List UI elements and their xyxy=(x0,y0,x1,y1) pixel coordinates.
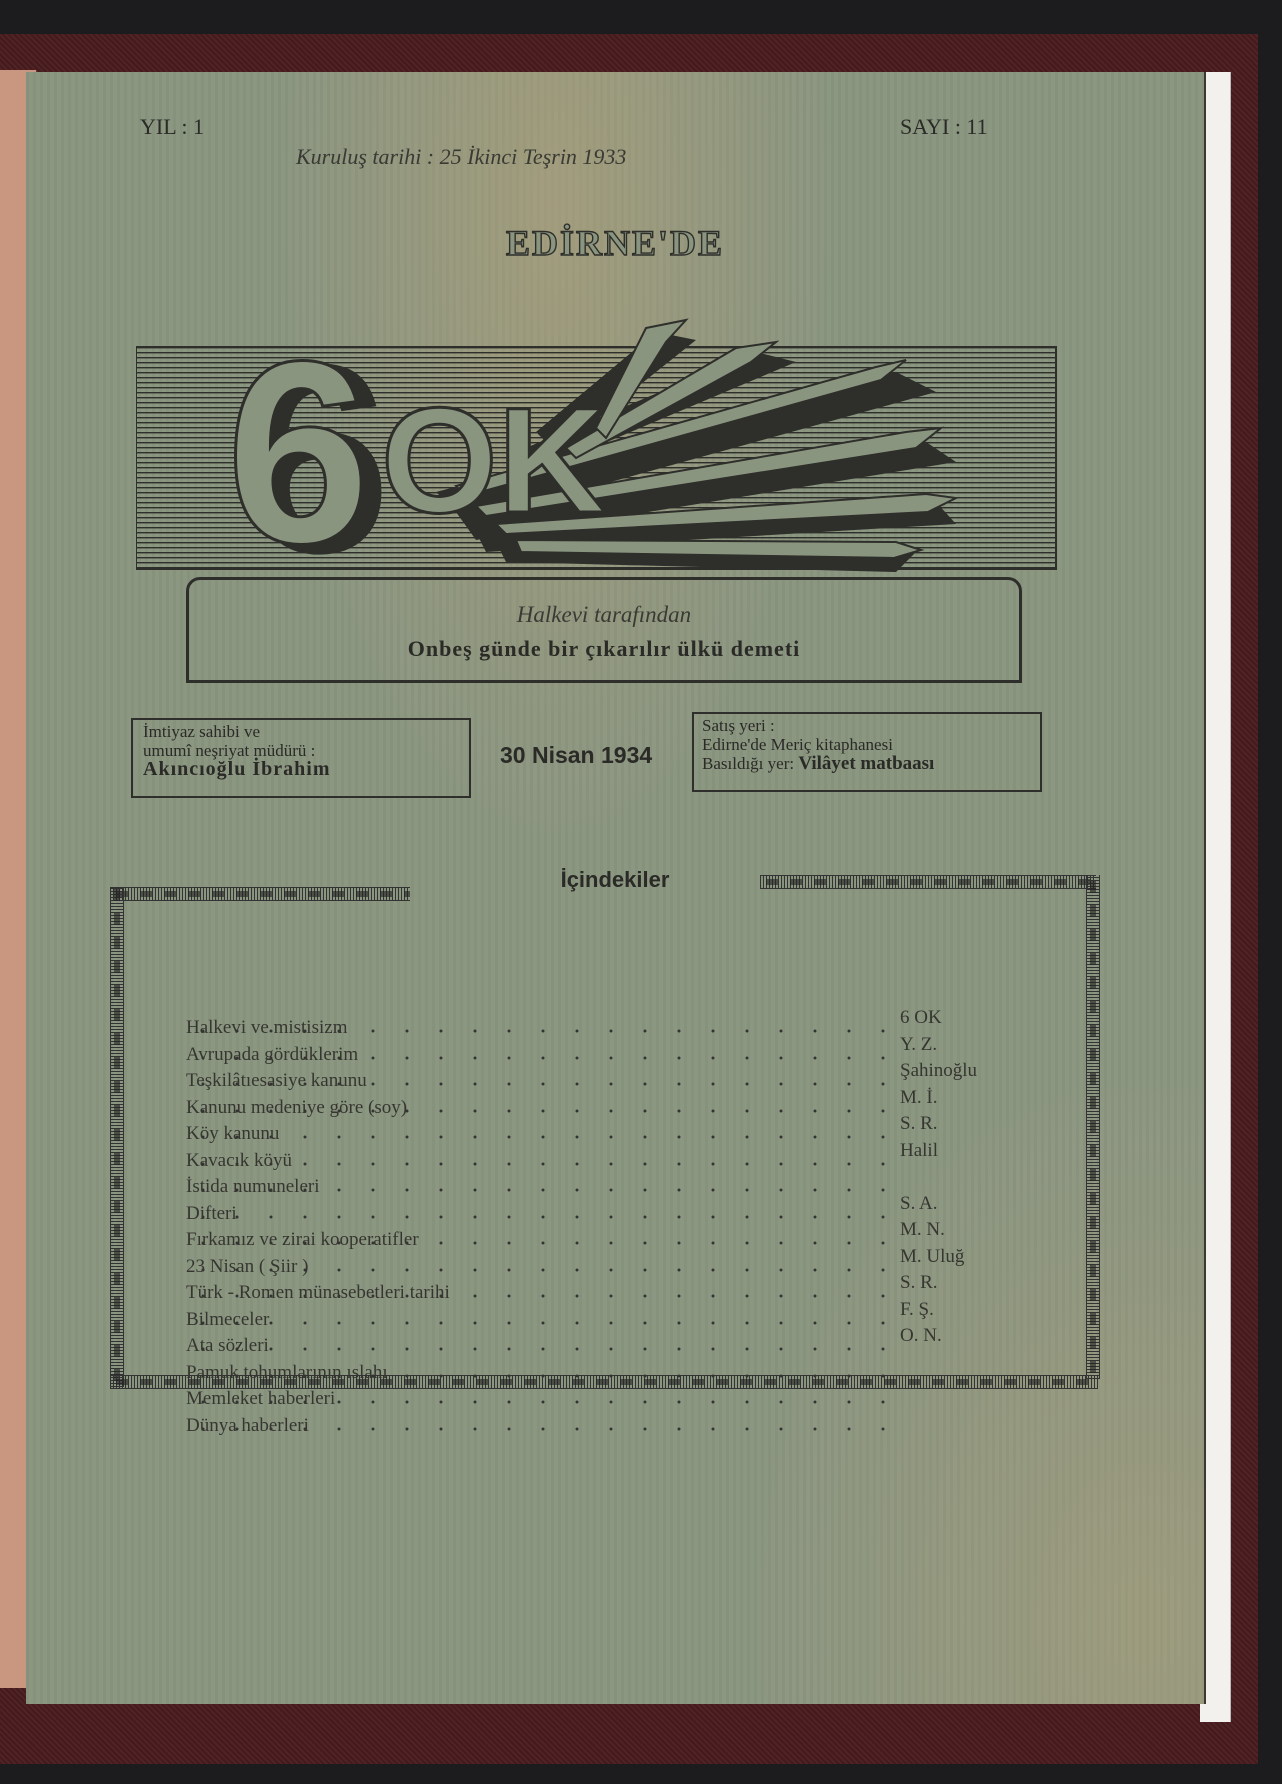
toc-items: Halkevi ve mistisizmAvrupada gördüklerim… xyxy=(186,1017,886,1441)
toc-item-title: Dünya haberleri xyxy=(186,1415,315,1436)
toc-author: S. R. xyxy=(900,1272,1040,1299)
toc-item-title: Halkevi ve mistisizm xyxy=(186,1017,353,1038)
toc-author: M. İ. xyxy=(900,1087,1040,1114)
title-number: 6 xyxy=(226,308,371,582)
sales-box: Satış yeri : Edirne'de Meriç kitaphanesi… xyxy=(692,712,1042,792)
toc-author: Y. Z. xyxy=(900,1034,1040,1061)
toc-author: Şahinoğlu xyxy=(900,1060,1040,1087)
leader-dots xyxy=(186,1215,886,1219)
toc-item-title: Bilmeceler xyxy=(186,1309,275,1330)
tagline-box: Halkevi tarafından Onbeş günde bir çıkar… xyxy=(186,577,1022,683)
toc-item-title: Avrupada gördüklerim xyxy=(186,1044,364,1065)
toc-author: S. A. xyxy=(900,1193,1040,1220)
toc-item: Difteri xyxy=(186,1203,886,1230)
magazine-cover: YIL : 1 SAYI : 11 Kuruluş tarihi : 25 İk… xyxy=(26,72,1206,1704)
ornamental-border-top-left xyxy=(110,887,410,901)
toc-item: Avrupada gördüklerim xyxy=(186,1044,886,1071)
leader-dots xyxy=(186,1347,886,1351)
toc-item-title: Pamuk tohumlarının ıslahı xyxy=(186,1362,394,1383)
year-label: YIL : 1 xyxy=(140,114,204,140)
founded-date: Kuruluş tarihi : 25 İkinci Teşrin 1933 xyxy=(296,144,626,170)
toc-item: Fırkamız ve zirai kooperatifler xyxy=(186,1229,886,1256)
toc-authors: 6 OKY. Z.ŞahinoğluM. İ.S. R.HalilS. A.M.… xyxy=(900,1007,1040,1352)
toc-author xyxy=(900,1166,1040,1193)
toc-item-title: İstida numuneleri xyxy=(186,1176,326,1197)
owner-box: İmtiyaz sahibi ve umumî neşriyat müdürü … xyxy=(131,718,471,798)
toc-item: Bilmeceler xyxy=(186,1309,886,1336)
toc-item: Ata sözleri xyxy=(186,1335,886,1362)
toc-item-title: Memleket haberleri xyxy=(186,1388,341,1409)
toc-item: Türk - Romen münasebetleri tarihi xyxy=(186,1282,886,1309)
owner-name: Akıncıoğlu İbrahim xyxy=(143,760,459,779)
toc-author: 6 OK xyxy=(900,1007,1040,1034)
issue-label: SAYI : 11 xyxy=(900,114,988,140)
toc-item-title: Türk - Romen münasebetleri tarihi xyxy=(186,1282,456,1303)
toc-item: Kavacık köyü xyxy=(186,1150,886,1177)
table-of-contents: Halkevi ve mistisizmAvrupada gördüklerim… xyxy=(110,887,1096,1387)
sales-label: Satış yeri : xyxy=(702,716,1032,735)
issue-date: 30 Nisan 1934 xyxy=(500,742,652,769)
printer-line: Basıldığı yer: Vilâyet matbaası xyxy=(702,754,1032,773)
toc-item-title: Kanunu medeniye göre (soy) xyxy=(186,1097,413,1118)
printer-label: Basıldığı yer: xyxy=(702,754,794,773)
toc-item: Dünya haberleri xyxy=(186,1415,886,1442)
toc-item: Pamuk tohumlarının ıslahı xyxy=(186,1362,886,1389)
toc-item: Memleket haberleri xyxy=(186,1388,886,1415)
toc-item: İstida numuneleri xyxy=(186,1176,886,1203)
toc-author: S. R. xyxy=(900,1113,1040,1140)
owner-label-1: İmtiyaz sahibi ve xyxy=(143,722,459,741)
title-word: OK xyxy=(381,376,606,544)
tagline-frequency: Onbeş günde bir çıkarılır ülkü demeti xyxy=(189,636,1019,662)
toc-item-title: Teşkilâtıesasiye kanunu xyxy=(186,1070,373,1091)
toc-author: M. N. xyxy=(900,1219,1040,1246)
toc-author: O. N. xyxy=(900,1325,1040,1352)
toc-item: 23 Nisan ( Şiir ) xyxy=(186,1256,886,1283)
ornamental-border-right xyxy=(1086,875,1100,1379)
sales-location: Edirne'de Meriç kitaphanesi xyxy=(702,735,1032,754)
toc-author: M. Uluğ xyxy=(900,1246,1040,1273)
masthead-logo: 6 6 OK xyxy=(136,262,1066,582)
toc-item: Köy kanunu xyxy=(186,1123,886,1150)
toc-author: Halil xyxy=(900,1140,1040,1167)
ornamental-border-left xyxy=(110,887,124,1387)
printer-name: Vilâyet matbaası xyxy=(798,753,934,774)
masthead-city: EDİRNE'DE xyxy=(26,222,1204,264)
toc-item: Kanunu medeniye göre (soy) xyxy=(186,1097,886,1124)
leader-dots xyxy=(186,1135,886,1139)
leader-dots xyxy=(186,1321,886,1325)
toc-item: Halkevi ve mistisizm xyxy=(186,1017,886,1044)
toc-item-title: 23 Nisan ( Şiir ) xyxy=(186,1256,314,1277)
toc-item-title: Difteri xyxy=(186,1203,243,1224)
toc-item-title: Fırkamız ve zirai kooperatifler xyxy=(186,1229,425,1250)
ornamental-border-top-right xyxy=(760,875,1096,889)
toc-author: F. Ş. xyxy=(900,1299,1040,1326)
toc-item: Teşkilâtıesasiye kanunu xyxy=(186,1070,886,1097)
toc-item-title: Köy kanunu xyxy=(186,1123,285,1144)
tagline-publisher: Halkevi tarafından xyxy=(189,602,1019,628)
toc-item-title: Ata sözleri xyxy=(186,1335,275,1356)
toc-item-title: Kavacık köyü xyxy=(186,1150,298,1171)
